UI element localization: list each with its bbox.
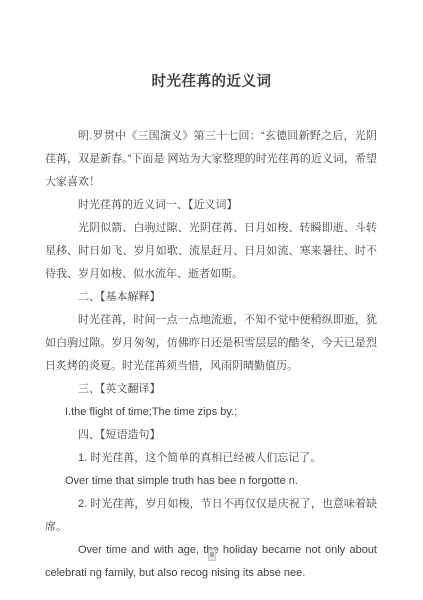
- section-2-heading-basic-explanation: 二、【基本解释】: [45, 286, 377, 309]
- footer-page-mark-icon: [208, 549, 216, 561]
- section-1-heading-synonyms: 时光荏苒的近义词一、【近义词】: [45, 194, 377, 217]
- example-sentence-2-chinese: 2. 时光荏苒，岁月如梭，节日不再仅仅是庆祝了，也意味着缺席。: [45, 493, 377, 539]
- section-3-heading-english-translation: 三、【英文翻译】: [45, 378, 377, 401]
- synonyms-list-paragraph: 光阴似箭、白驹过隙、光阴荏苒、日月如梭、转瞬即逝、斗转星移、时日如飞、岁月如歌、…: [45, 217, 377, 286]
- page-title: 时光荏苒的近义词: [0, 72, 423, 92]
- document-page: 时光荏苒的近义词 明.罗贯中《三国演义》第三十七回：“玄德回新野之后，光阴荏苒，…: [0, 0, 423, 600]
- basic-explanation-paragraph: 时光荏苒，时间一点一点地流逝，不知不觉中便稍纵即逝，犹如白驹过隙。岁月匆匆，仿佛…: [45, 309, 377, 378]
- example-sentence-2-english: Over time and with age, the holiday beca…: [45, 539, 377, 585]
- section-4-heading-phrase-sentences: 四、【短语造句】: [45, 424, 377, 447]
- example-sentence-1-chinese: 1. 时光荏苒，这个简单的真相已经被人们忘记了。: [45, 447, 377, 470]
- english-translation-line: I.the flight of time;The time zips by.;: [45, 401, 377, 424]
- document-body: 明.罗贯中《三国演义》第三十七回：“玄德回新野之后，光阴荏苒，双是新春。”下面是…: [0, 125, 423, 585]
- intro-paragraph: 明.罗贯中《三国演义》第三十七回：“玄德回新野之后，光阴荏苒，双是新春。”下面是…: [45, 125, 377, 194]
- example-sentence-1-english: Over time that simple truth has bee n fo…: [45, 470, 377, 493]
